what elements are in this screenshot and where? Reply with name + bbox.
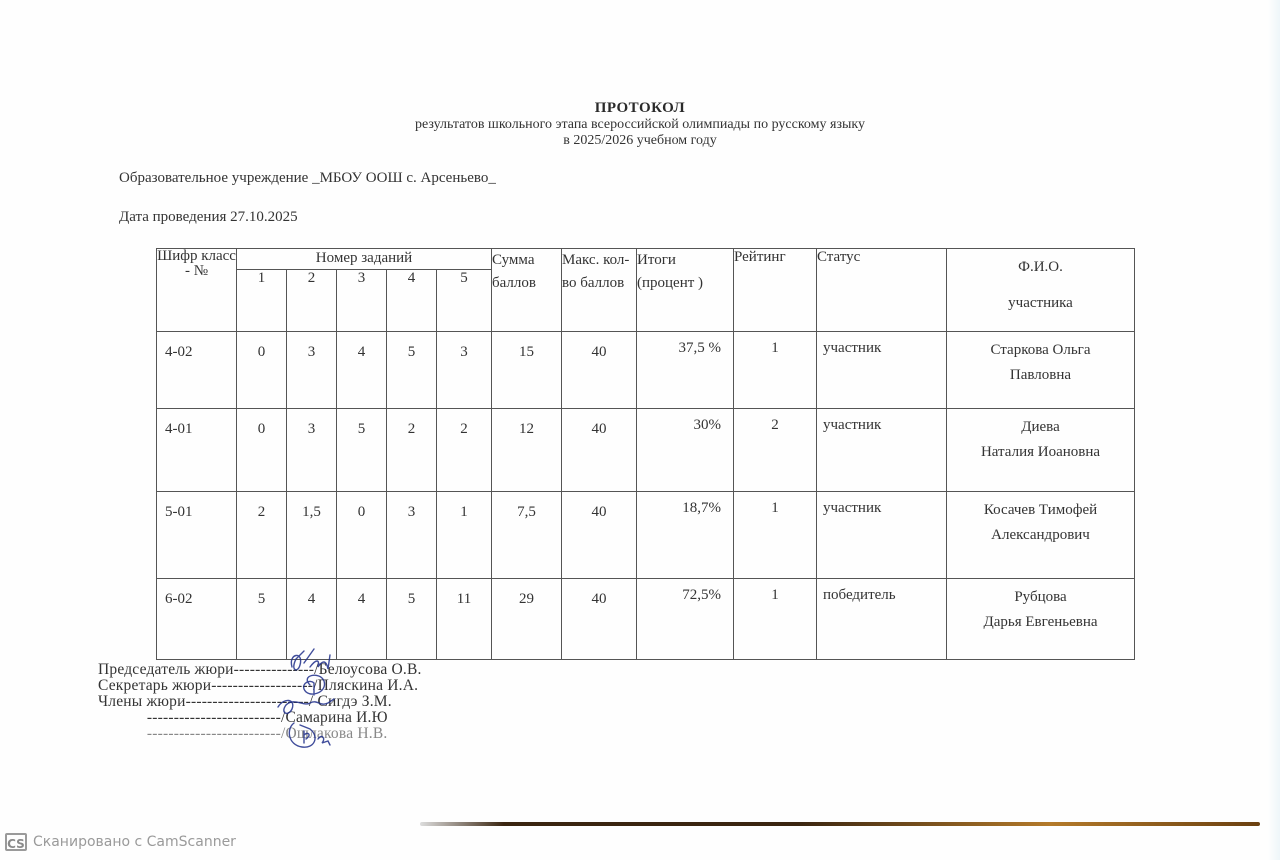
header-row: Шифр класс - № Номер заданий Сумма балло… (157, 249, 1135, 270)
cell-status: участник (817, 492, 947, 579)
fio-line1: Старкова Ольга (947, 338, 1134, 363)
table-row: 4-02 0 3 4 5 3 15 40 37,5 % 1 участник С… (157, 332, 1135, 409)
cell-task-5: 1 (437, 492, 492, 579)
header-fio: Ф.И.О. участника (947, 249, 1135, 332)
cell-fio: Старкова Ольга Павловна (947, 332, 1135, 409)
cell-task-1: 2 (237, 492, 287, 579)
cell-task-2: 3 (287, 409, 337, 492)
cell-rating: 1 (734, 492, 817, 579)
fio-line1: Диева (947, 415, 1134, 440)
fio-line2: Павловна (947, 363, 1134, 388)
cell-task-4: 2 (387, 409, 437, 492)
table-row: 5-01 2 1,5 0 3 1 7,5 40 18,7% 1 участник… (157, 492, 1135, 579)
cell-fio: Косачев Тимофей Александрович (947, 492, 1135, 579)
cell-percent: 72,5% (637, 579, 734, 660)
document-subtitle-line1: результатов школьного этапа всероссийско… (340, 117, 940, 133)
cell-sum: 7,5 (492, 492, 562, 579)
cell-percent: 30% (637, 409, 734, 492)
cell-sum: 15 (492, 332, 562, 409)
header-task-2: 2 (287, 270, 337, 332)
cell-status: победитель (817, 579, 947, 660)
cell-rating: 1 (734, 579, 817, 660)
cell-task-1: 0 (237, 332, 287, 409)
document-subtitle-line2: в 2025/2026 учебном году (340, 133, 940, 149)
cell-sum: 12 (492, 409, 562, 492)
fio-line2: Дарья Евгеньевна (947, 610, 1134, 635)
cell-code: 6-02 (157, 579, 237, 660)
cell-task-1: 0 (237, 409, 287, 492)
document-header: ПРОТОКОЛ результатов школьного этапа все… (340, 99, 940, 149)
cell-task-5: 11 (437, 579, 492, 660)
fio-line2: Наталия Иоановна (947, 440, 1134, 465)
fio-line1: Рубцова (947, 585, 1134, 610)
cell-rating: 1 (734, 332, 817, 409)
cell-max: 40 (562, 409, 637, 492)
organization-line: Образовательное учреждение _МБОУ ООШ с. … (119, 170, 496, 187)
header-rating: Рейтинг (734, 249, 817, 332)
cell-task-4: 5 (387, 332, 437, 409)
header-percent: Итоги (процент ) (637, 249, 734, 332)
header-sum: Сумма баллов (492, 249, 562, 332)
header-fio-line2: участника (947, 285, 1134, 321)
results-table: Шифр класс - № Номер заданий Сумма балло… (156, 248, 1135, 660)
cell-max: 40 (562, 579, 637, 660)
cell-fio: Рубцова Дарья Евгеньевна (947, 579, 1135, 660)
cell-percent: 18,7% (637, 492, 734, 579)
header-task-5: 5 (437, 270, 492, 332)
cell-max: 40 (562, 332, 637, 409)
cell-code: 4-02 (157, 332, 237, 409)
date-line: Дата проведения 27.10.2025 (119, 209, 298, 226)
cell-code: 5-01 (157, 492, 237, 579)
header-task-4: 4 (387, 270, 437, 332)
cell-task-4: 5 (387, 579, 437, 660)
scan-artifact-line (420, 822, 1260, 826)
handwritten-signatures-icon (270, 645, 390, 760)
cell-sum: 29 (492, 579, 562, 660)
cell-task-3: 5 (337, 409, 387, 492)
cell-task-5: 3 (437, 332, 492, 409)
cell-task-5: 2 (437, 409, 492, 492)
cell-task-4: 3 (387, 492, 437, 579)
header-max: Макс. кол-во баллов (562, 249, 637, 332)
header-tasks-group: Номер заданий (237, 249, 492, 270)
cell-task-2: 3 (287, 332, 337, 409)
table-row: 4-01 0 3 5 2 2 12 40 30% 2 участник Диев… (157, 409, 1135, 492)
cell-status: участник (817, 332, 947, 409)
header-task-3: 3 (337, 270, 387, 332)
cell-max: 40 (562, 492, 637, 579)
camscanner-logo-icon: CS (5, 833, 27, 851)
header-code: Шифр класс - № (157, 249, 237, 332)
cell-code: 4-01 (157, 409, 237, 492)
camscanner-watermark: Сканировано с CamScanner (33, 834, 236, 850)
cell-percent: 37,5 % (637, 332, 734, 409)
header-status: Статус (817, 249, 947, 332)
header-task-1: 1 (237, 270, 287, 332)
cell-task-3: 0 (337, 492, 387, 579)
cell-task-3: 4 (337, 332, 387, 409)
fio-line1: Косачев Тимофей (947, 498, 1134, 523)
cell-task-2: 1,5 (287, 492, 337, 579)
header-fio-line1: Ф.И.О. (947, 249, 1134, 285)
cell-fio: Диева Наталия Иоановна (947, 409, 1135, 492)
document-title: ПРОТОКОЛ (340, 99, 940, 117)
scan-edge (1268, 0, 1280, 860)
cell-rating: 2 (734, 409, 817, 492)
cell-status: участник (817, 409, 947, 492)
fio-line2: Александрович (947, 523, 1134, 548)
